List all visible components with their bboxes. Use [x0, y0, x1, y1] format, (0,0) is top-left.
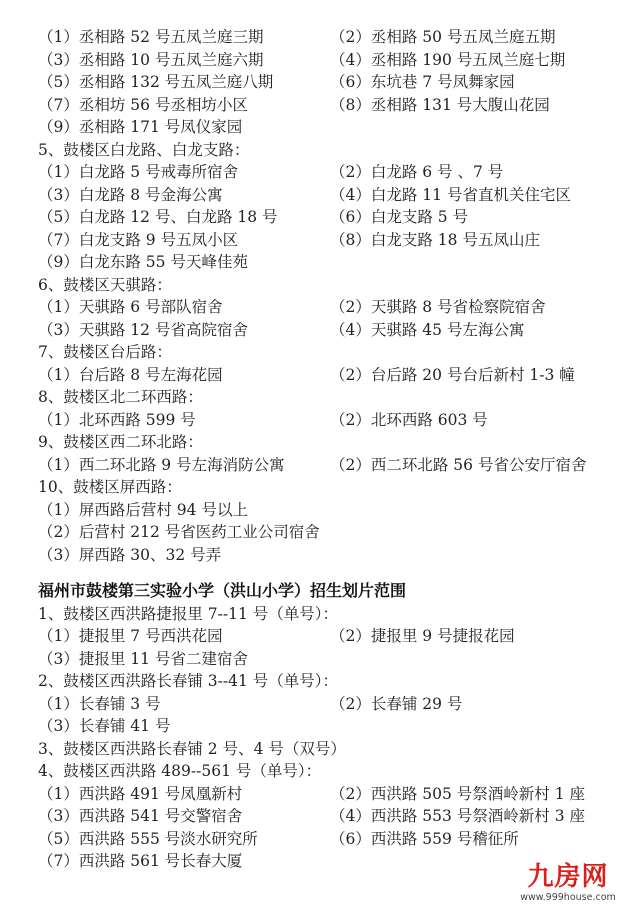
list-item: （9）白龙东路 55 号天峰佳苑: [38, 251, 248, 274]
group-heading-row: 1、鼓楼区西洪路捷报里 7--11 号（单号）：: [0, 603, 625, 626]
group-heading: 6、鼓楼区天骐路：: [38, 274, 172, 297]
list-row: （5）西洪路 555 号淡水研究所 （6）西洪路 559 号稽征所: [0, 828, 625, 851]
list-item: （7）西洪路 561 号长春大厦: [38, 850, 242, 873]
list-item: （2）西二环北路 56 号省公安厅宿舍: [330, 454, 586, 477]
group-heading: 7、鼓楼区台后路：: [38, 341, 172, 364]
list-row: （1）西洪路 491 号凤凰新村 （2）西洪路 505 号祭酒岭新村 1 座: [0, 783, 625, 806]
list-item: （6）东坑巷 7 号凤舞家园: [330, 71, 515, 94]
logo-mark-icon: 九房网: [518, 862, 618, 892]
list-item: （2）丞相路 50 号五凤兰庭五期: [330, 26, 555, 49]
list-item: （4）天骐路 45 号左海公寓: [330, 319, 524, 342]
list-row: （2）后营村 212 号省医药工业公司宿舍: [0, 521, 625, 544]
document-body: （1）丞相路 52 号五凤兰庭三期 （2）丞相路 50 号五凤兰庭五期 （3）丞…: [0, 26, 625, 873]
list-item: （4）丞相路 190 号五凤兰庭七期: [330, 49, 565, 72]
list-item: （6）白龙支路 5 号: [330, 206, 468, 229]
group-heading-row: 6、鼓楼区天骐路：: [0, 274, 625, 297]
list-row: （1）长春铺 3 号 （2）长春铺 29 号: [0, 693, 625, 716]
list-item: （1）白龙路 5 号戒毒所宿舍: [38, 161, 238, 184]
list-item: （4）西洪路 553 号祭酒岭新村 3 座: [330, 805, 585, 828]
list-item: （5）西洪路 555 号淡水研究所: [38, 828, 258, 851]
list-item: （8）白龙支路 18 号五凤山庄: [330, 229, 540, 252]
section-title: 福州市鼓楼第三实验小学（洪山小学）招生划片范围: [38, 580, 406, 603]
group-heading-row: 9、鼓楼区西二环北路：: [0, 431, 625, 454]
list-row: （3）长春铺 41 号: [0, 715, 625, 738]
list-item: （2）天骐路 8 号省检察院宿舍: [330, 296, 546, 319]
list-item: （5）白龙路 12 号、白龙路 18 号: [38, 206, 278, 229]
group-heading: 10、鼓楼区屏西路：: [38, 476, 182, 499]
list-item: （1）天骐路 6 号部队宿舍: [38, 296, 223, 319]
section-title-row: 福州市鼓楼第三实验小学（洪山小学）招生划片范围: [0, 580, 625, 603]
list-item: （1）西洪路 491 号凤凰新村: [38, 783, 242, 806]
group-heading-row: 3、鼓楼区西洪路长春铺 2 号、4 号（双号）: [0, 738, 625, 761]
list-item: （2）台后路 20 号台后新村 1-3 幢: [330, 364, 575, 387]
list-item: （3）捷报里 11 号省二建宿舍: [38, 648, 248, 671]
list-row: （7）白龙支路 9 号五凤小区 （8）白龙支路 18 号五凤山庄: [0, 229, 625, 252]
list-row: （1）台后路 8 号左海花园 （2）台后路 20 号台后新村 1-3 幢: [0, 364, 625, 387]
list-row: （3）西洪路 541 号交警宿舍 （4）西洪路 553 号祭酒岭新村 3 座: [0, 805, 625, 828]
list-item: （1）台后路 8 号左海花园: [38, 364, 223, 387]
list-item: （4）白龙路 11 号省直机关住宅区: [330, 184, 571, 207]
list-item: （1）西二环北路 9 号左海消防公寓: [38, 454, 285, 477]
list-item: （7）丞相坊 56 号丞相坊小区: [38, 94, 248, 117]
list-row: （5）白龙路 12 号、白龙路 18 号 （6）白龙支路 5 号: [0, 206, 625, 229]
group-heading-row: 10、鼓楼区屏西路：: [0, 476, 625, 499]
group-heading: 2、鼓楼区西洪路长春铺 3--41 号（单号）：: [38, 670, 338, 693]
list-row: （7）丞相坊 56 号丞相坊小区 （8）丞相路 131 号大腹山花园: [0, 94, 625, 117]
list-item: （2）北环西路 603 号: [330, 409, 488, 432]
list-item: （2）白龙路 6 号 、7 号: [330, 161, 503, 184]
list-item: （8）丞相路 131 号大腹山花园: [330, 94, 550, 117]
list-row: （3）白龙路 8 号金海公寓 （4）白龙路 11 号省直机关住宅区: [0, 184, 625, 207]
list-row: （1）丞相路 52 号五凤兰庭三期 （2）丞相路 50 号五凤兰庭五期: [0, 26, 625, 49]
section-gap: [0, 566, 625, 580]
group-heading: 1、鼓楼区西洪路捷报里 7--11 号（单号）：: [38, 603, 338, 626]
group-heading-row: 8、鼓楼区北二环西路：: [0, 386, 625, 409]
group-heading: 8、鼓楼区北二环西路：: [38, 386, 203, 409]
list-item: （7）白龙支路 9 号五凤小区: [38, 229, 238, 252]
list-row: （9）白龙东路 55 号天峰佳苑: [0, 251, 625, 274]
group-heading: 4、鼓楼区西洪路 489--561 号（单号）：: [38, 760, 321, 783]
group-heading-row: 5、鼓楼区白龙路、白龙支路：: [0, 139, 625, 162]
list-row: （3）捷报里 11 号省二建宿舍: [0, 648, 625, 671]
list-row: （1）捷报里 7 号西洪花园 （2）捷报里 9 号捷报花园: [0, 625, 625, 648]
list-item: （3）长春铺 41 号: [38, 715, 170, 738]
group-heading: 9、鼓楼区西二环北路：: [38, 431, 203, 454]
list-item: （3）屏西路 30、32 号弄: [38, 544, 221, 567]
list-row: （9）丞相路 171 号凤仪家园: [0, 116, 625, 139]
list-row: （3）天骐路 12 号省高院宿舍 （4）天骐路 45 号左海公寓: [0, 319, 625, 342]
list-row: （1）屏西路后营村 94 号以上: [0, 499, 625, 522]
list-item: （3）白龙路 8 号金海公寓: [38, 184, 223, 207]
list-row: （1）北环西路 599 号 （2）北环西路 603 号: [0, 409, 625, 432]
list-item: （1）长春铺 3 号: [38, 693, 161, 716]
list-row: （1）白龙路 5 号戒毒所宿舍 （2）白龙路 6 号 、7 号: [0, 161, 625, 184]
list-item: （6）西洪路 559 号稽征所: [330, 828, 519, 851]
list-row: （5）丞相路 132 号五凤兰庭八期 （6）东坑巷 7 号凤舞家园: [0, 71, 625, 94]
list-item: （2）西洪路 505 号祭酒岭新村 1 座: [330, 783, 585, 806]
group-heading: 5、鼓楼区白龙路、白龙支路：: [38, 139, 249, 162]
list-row: （3）丞相路 10 号五凤兰庭六期 （4）丞相路 190 号五凤兰庭七期: [0, 49, 625, 72]
list-item: （3）天骐路 12 号省高院宿舍: [38, 319, 248, 342]
list-item: （3）丞相路 10 号五凤兰庭六期: [38, 49, 263, 72]
watermark-logo: 九房网 www.999house.com: [518, 862, 618, 904]
list-item: （2）捷报里 9 号捷报花园: [330, 625, 515, 648]
list-item: （9）丞相路 171 号凤仪家园: [38, 116, 242, 139]
list-row: （1）天骐路 6 号部队宿舍 （2）天骐路 8 号省检察院宿舍: [0, 296, 625, 319]
list-item: （5）丞相路 132 号五凤兰庭八期: [38, 71, 273, 94]
group-heading: 3、鼓楼区西洪路长春铺 2 号、4 号（双号）: [38, 738, 346, 761]
list-row: （1）西二环北路 9 号左海消防公寓 （2）西二环北路 56 号省公安厅宿舍: [0, 454, 625, 477]
list-item: （1）屏西路后营村 94 号以上: [38, 499, 248, 522]
list-row: （3）屏西路 30、32 号弄: [0, 544, 625, 567]
list-item: （2）后营村 212 号省医药工业公司宿舍: [38, 521, 320, 544]
group-heading-row: 4、鼓楼区西洪路 489--561 号（单号）：: [0, 760, 625, 783]
group-heading-row: 7、鼓楼区台后路：: [0, 341, 625, 364]
list-item: （1）捷报里 7 号西洪花园: [38, 625, 223, 648]
group-heading-row: 2、鼓楼区西洪路长春铺 3--41 号（单号）：: [0, 670, 625, 693]
list-item: （2）长春铺 29 号: [330, 693, 462, 716]
list-item: （1）丞相路 52 号五凤兰庭三期: [38, 26, 263, 49]
watermark-url: www.999house.com: [518, 892, 618, 904]
list-item: （3）西洪路 541 号交警宿舍: [38, 805, 242, 828]
list-item: （1）北环西路 599 号: [38, 409, 196, 432]
